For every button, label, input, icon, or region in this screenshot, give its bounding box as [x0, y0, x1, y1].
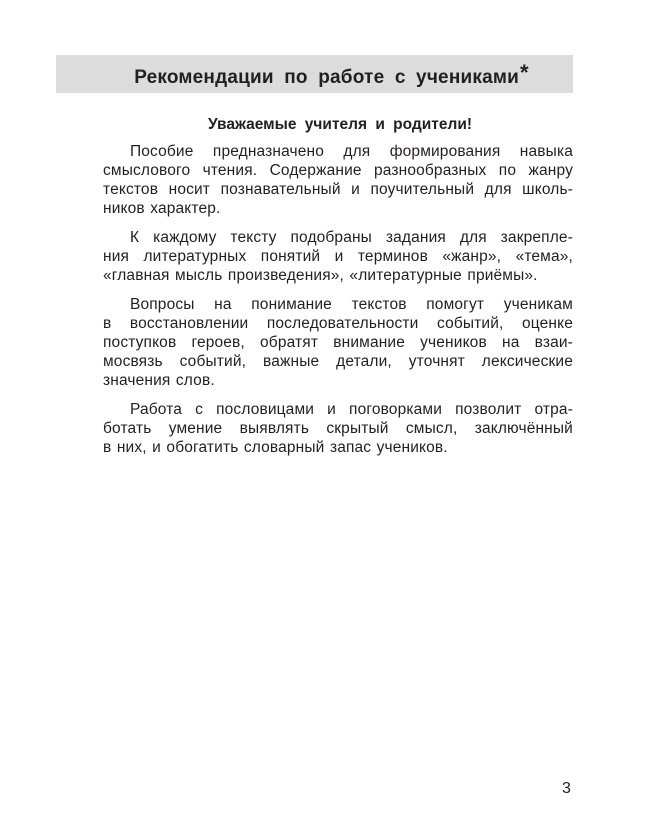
- text-line: в восстановлении последовательности собы…: [103, 314, 573, 333]
- text-line: текстов носит познавательный и поучитель…: [103, 180, 573, 199]
- footnote-asterisk: *: [520, 60, 529, 85]
- paragraph-1: Пособие предназначено для формирования н…: [103, 142, 573, 218]
- section-title: Рекомендации по работе с учениками*: [100, 60, 529, 89]
- section-header-banner: Рекомендации по работе с учениками*: [56, 55, 573, 93]
- section-title-text: Рекомендации по работе с учениками: [134, 67, 519, 88]
- text-line: Работа с пословицами и поговорками позво…: [103, 400, 573, 419]
- paragraph-2: К каждому тексту подобраны задания для з…: [103, 228, 573, 285]
- text-line: ников характер.: [103, 199, 573, 218]
- greeting-heading: Уважаемые учителя и родители!: [103, 115, 573, 134]
- text-line: поступков героев, обратят внимание учени…: [103, 333, 573, 352]
- page-number: 3: [562, 780, 571, 798]
- page-content: Уважаемые учителя и родители! Пособие пр…: [103, 115, 573, 467]
- text-line: Вопросы на понимание текстов помогут уче…: [103, 295, 573, 314]
- paragraph-4: Работа с пословицами и поговорками позво…: [103, 400, 573, 457]
- text-line: смыслового чтения. Содержание разнообраз…: [103, 161, 573, 180]
- text-line: К каждому тексту подобраны задания для з…: [103, 228, 573, 247]
- paragraph-3: Вопросы на понимание текстов помогут уче…: [103, 295, 573, 390]
- text-line: значения слов.: [103, 371, 573, 390]
- text-line: ботать умение выявлять скрытый смысл, за…: [103, 419, 573, 438]
- text-line: в них, и обогатить словарный запас учени…: [103, 438, 573, 457]
- text-line: мосвязь событий, важные детали, уточнят …: [103, 352, 573, 371]
- text-line: ния литературных понятий и терминов «жан…: [103, 247, 573, 266]
- text-line: «главная мысль произведения», «литератур…: [103, 266, 573, 285]
- text-line: Пособие предназначено для формирования н…: [103, 142, 573, 161]
